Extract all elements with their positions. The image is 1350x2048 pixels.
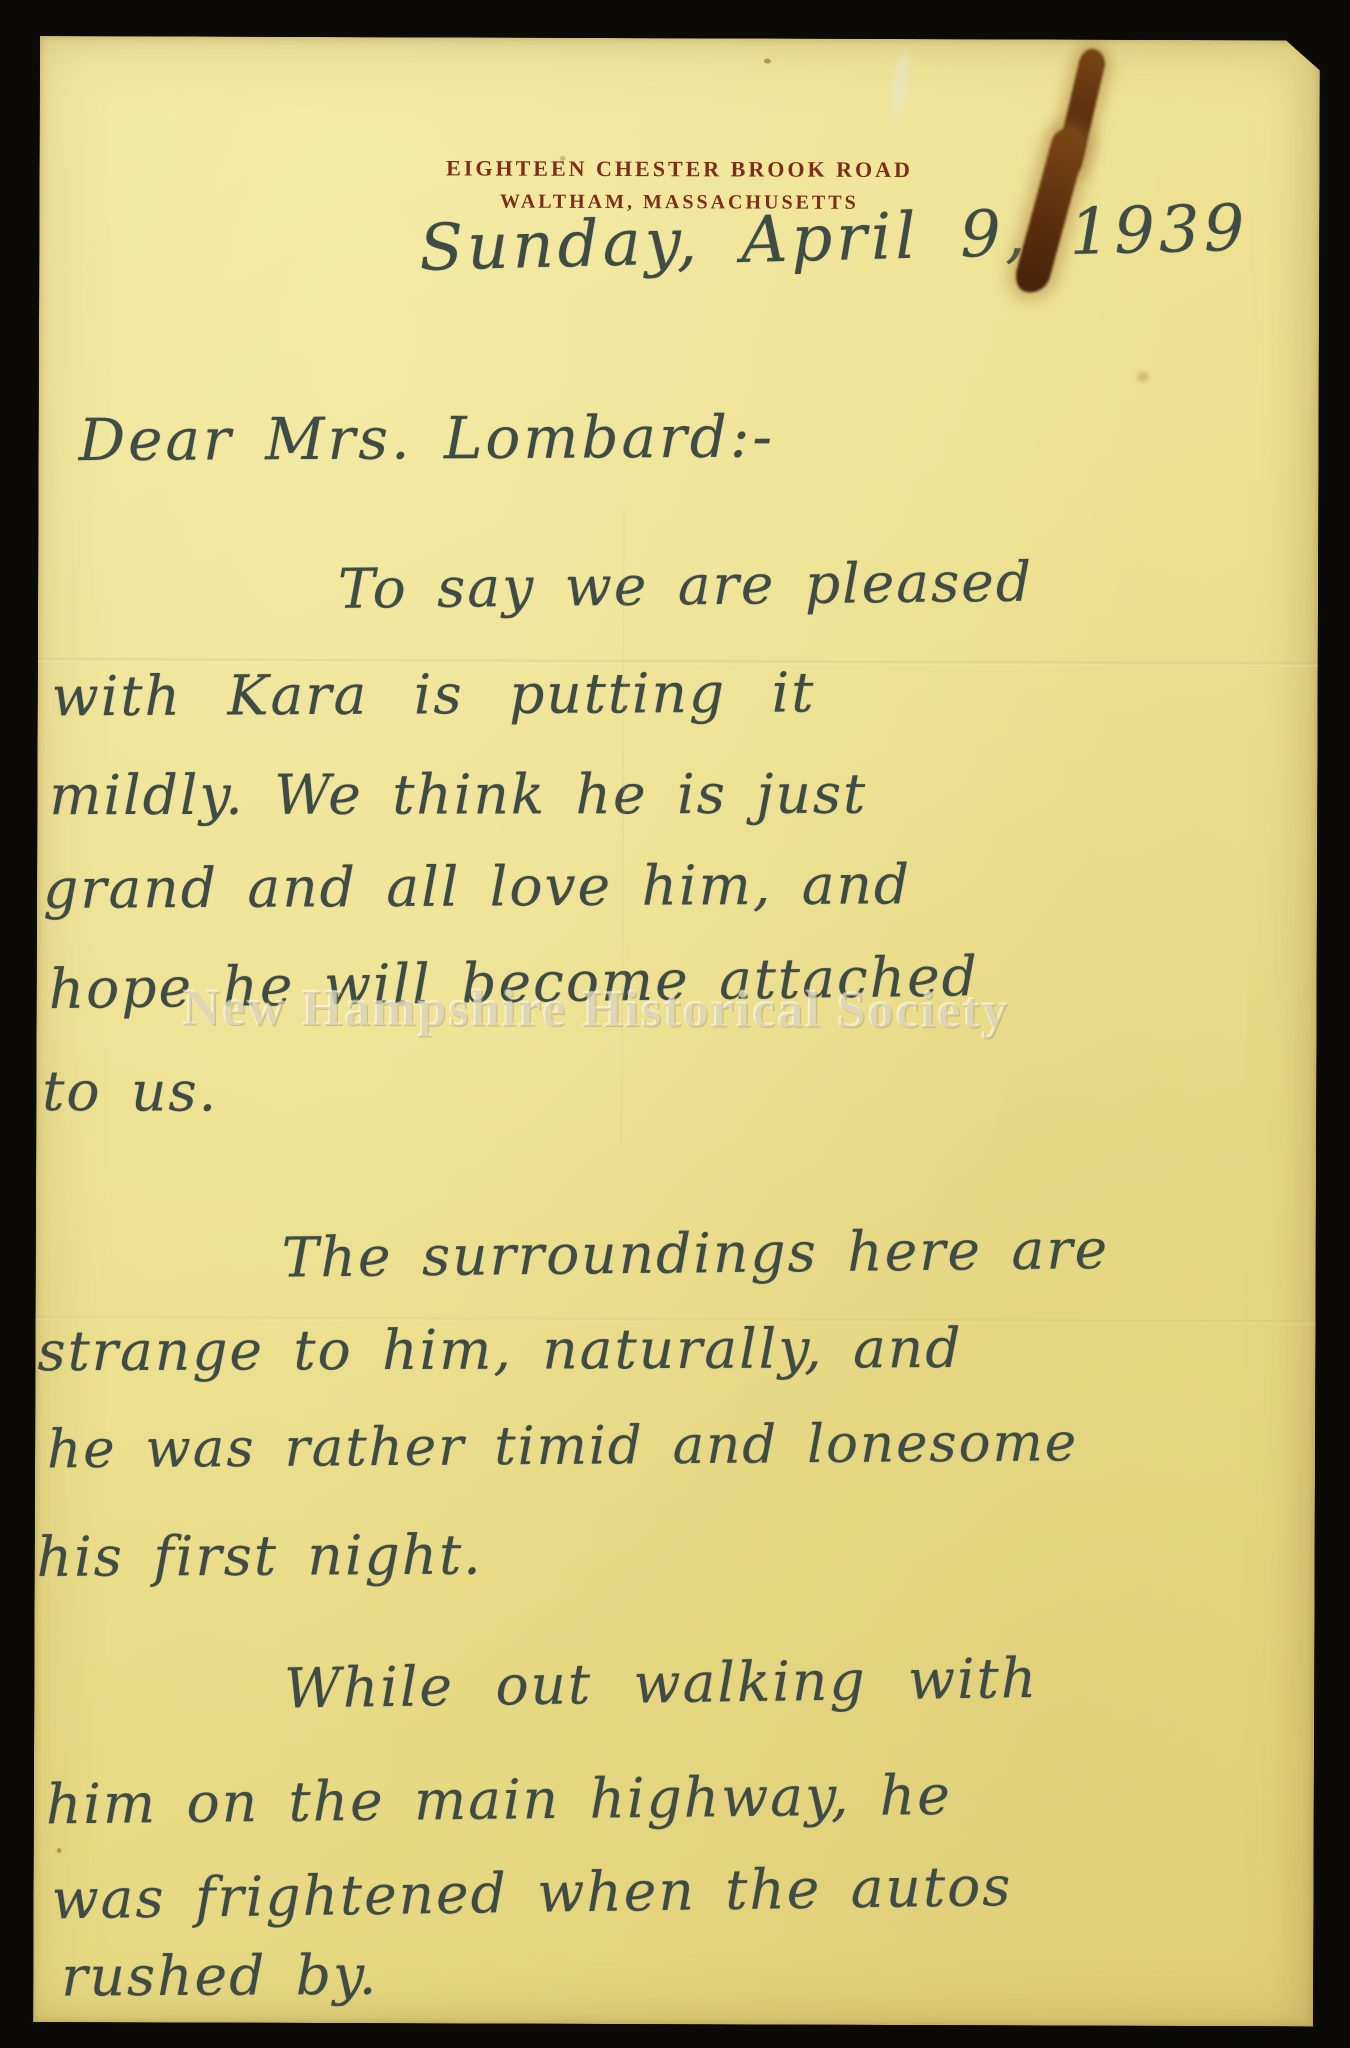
paper-speck — [560, 156, 566, 161]
handwritten-line: hope he will become attached — [48, 949, 979, 1017]
handwritten-line: he was rather timid and lonesome — [47, 1416, 1078, 1476]
handwritten-line: strange to him, naturally, and — [37, 1321, 962, 1379]
handwritten-line: was frightened when the autos — [51, 1859, 1013, 1927]
handwritten-line: The surroundings here are — [281, 1222, 1109, 1286]
paper-speck — [57, 1848, 62, 1853]
handwritten-line: To say we are pleased — [338, 555, 1033, 617]
handwritten-line: While out walking with — [284, 1651, 1039, 1717]
scan-background: EIGHTEEN CHESTER BROOK ROAD WALTHAM, MAS… — [0, 0, 1350, 2048]
handwritten-line: mildly. We think he is just — [49, 767, 867, 823]
salutation: Dear Mrs. Lombard:- — [78, 408, 775, 470]
paper-speck — [764, 59, 771, 64]
handwritten-line: his first night. — [37, 1528, 483, 1585]
letterhead-address: EIGHTEEN CHESTER BROOK ROAD — [39, 154, 1319, 184]
letter-paper: EIGHTEEN CHESTER BROOK ROAD WALTHAM, MAS… — [33, 36, 1320, 2026]
handwritten-line: to us. — [42, 1064, 218, 1120]
handwritten-line: him on the main highway, he — [46, 1768, 952, 1832]
paper-speck — [1137, 372, 1149, 382]
smudge-mark — [887, 50, 913, 122]
handwritten-line: with Kara is putting it — [52, 665, 816, 724]
date-line: Sunday, April 9, 1939 — [419, 197, 1249, 281]
handwritten-line: grand and all love him, and — [43, 857, 911, 917]
handwritten-line: rushed by. — [61, 1948, 378, 2005]
